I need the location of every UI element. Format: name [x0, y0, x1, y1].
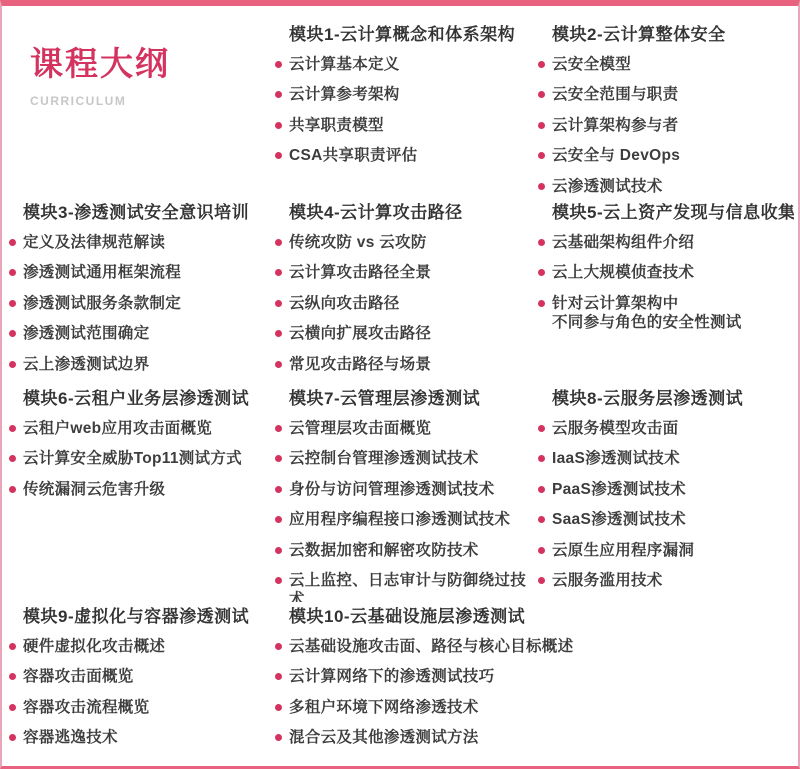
- bullet-icon: [9, 486, 16, 493]
- bullet-icon: [275, 91, 282, 98]
- module-item-text: 云服务模型攻击面: [552, 419, 678, 438]
- module-item-text: 应用程序编程接口渗透测试技术: [289, 510, 510, 529]
- bullet-icon: [275, 547, 282, 554]
- page-subtitle: CURRICULUM: [30, 94, 274, 108]
- bullet-icon: [275, 704, 282, 711]
- module-item: 云服务模型攻击面: [537, 419, 794, 438]
- bullet-icon: [9, 425, 16, 432]
- module-title: 模块10-云基础设施层渗透测试: [274, 602, 794, 627]
- module-item: 云管理层攻击面概览: [274, 419, 537, 438]
- module-item-text: 渗透测试通用框架流程: [23, 263, 181, 282]
- module-item-text: 云计算参考架构: [289, 85, 400, 104]
- bullet-icon: [275, 330, 282, 337]
- module-item: 云上大规模侦查技术: [537, 263, 794, 282]
- module-item: 云上监控、日志审计与防御绕过技术: [274, 571, 537, 602]
- module-item-text: 硬件虚拟化攻击概述: [23, 637, 165, 656]
- bullet-icon: [275, 361, 282, 368]
- module-item: 云安全模型: [537, 55, 794, 74]
- module-item: 云安全范围与职责: [537, 85, 794, 104]
- module-item: 云数据加密和解密攻防技术: [274, 541, 537, 560]
- module-title: 模块5-云上资产发现与信息收集: [537, 198, 794, 223]
- page-header: 课程大纲 CURRICULUM: [8, 20, 274, 198]
- bullet-icon: [538, 91, 545, 98]
- module-list: 云管理层攻击面概览云控制台管理渗透测试技术身份与访问管理渗透测试技术应用程序编程…: [274, 419, 537, 602]
- module-item: 云基础架构组件介绍: [537, 233, 794, 252]
- module-item-text: 云渗透测试技术: [552, 177, 663, 196]
- module-item: 多租户环境下网络渗透技术: [274, 698, 794, 717]
- module-item: CSA共享职责评估: [274, 146, 537, 165]
- module-item-text: 云数据加密和解密攻防技术: [289, 541, 479, 560]
- module-item-text: 渗透测试范围确定: [23, 324, 149, 343]
- module-item-text: 云计算攻击路径全景: [289, 263, 431, 282]
- module-item: 云计算架构参与者: [537, 116, 794, 135]
- module-item-text: 云安全模型: [552, 55, 631, 74]
- module-card: 模块3-渗透测试安全意识培训 定义及法律规范解读渗透测试通用框架流程渗透测试服务…: [8, 198, 274, 384]
- bullet-icon: [275, 734, 282, 741]
- module-item: 混合云及其他渗透测试方法: [274, 728, 794, 747]
- module-item-text: 云横向扩展攻击路径: [289, 324, 431, 343]
- bullet-icon: [9, 361, 16, 368]
- module-list: 定义及法律规范解读渗透测试通用框架流程渗透测试服务条款制定渗透测试范围确定云上渗…: [8, 233, 274, 374]
- module-item: 云基础设施攻击面、路径与核心目标概述: [274, 637, 794, 656]
- bullet-icon: [275, 269, 282, 276]
- module-item-text: 针对云计算架构中 不同参与角色的安全性测试: [552, 294, 742, 333]
- module-list: 云基础架构组件介绍云上大规模侦查技术针对云计算架构中 不同参与角色的安全性测试: [537, 233, 794, 333]
- module-item-text: 定义及法律规范解读: [23, 233, 165, 252]
- module-card: 模块6-云租户业务层渗透测试 云租户web应用攻击面概览云计算安全威胁Top11…: [8, 384, 274, 602]
- bullet-icon: [275, 577, 282, 584]
- module-item-text: 云控制台管理渗透测试技术: [289, 449, 479, 468]
- bullet-icon: [9, 300, 16, 307]
- module-item: SaaS渗透测试技术: [537, 510, 794, 529]
- module-item-text: 云服务滥用技术: [552, 571, 663, 590]
- module-item: 硬件虚拟化攻击概述: [8, 637, 274, 656]
- module-card: 模块8-云服务层渗透测试 云服务模型攻击面IaaS渗透测试技术PaaS渗透测试技…: [537, 384, 794, 602]
- bullet-icon: [275, 516, 282, 523]
- module-item: 容器攻击面概览: [8, 667, 274, 686]
- bullet-icon: [9, 673, 16, 680]
- module-item: 云服务滥用技术: [537, 571, 794, 590]
- module-title: 模块4-云计算攻击路径: [274, 198, 537, 223]
- module-item-text: 容器攻击面概览: [23, 667, 134, 686]
- module-item-text: CSA共享职责评估: [289, 146, 417, 165]
- module-card: 模块7-云管理层渗透测试 云管理层攻击面概览云控制台管理渗透测试技术身份与访问管…: [274, 384, 537, 602]
- bullet-icon: [538, 239, 545, 246]
- module-item: 云计算攻击路径全景: [274, 263, 537, 282]
- module-card: 模块2-云计算整体安全 云安全模型云安全范围与职责云计算架构参与者云安全与 De…: [537, 20, 794, 198]
- module-item-text: 云计算网络下的渗透测试技巧: [289, 667, 494, 686]
- module-item-text: 渗透测试服务条款制定: [23, 294, 181, 313]
- module-title: 模块7-云管理层渗透测试: [274, 384, 537, 409]
- module-title: 模块3-渗透测试安全意识培训: [8, 198, 274, 223]
- bullet-icon: [275, 61, 282, 68]
- bullet-icon: [275, 152, 282, 159]
- module-item-text: 云上渗透测试边界: [23, 355, 149, 374]
- curriculum-page: 课程大纲 CURRICULUM 模块1-云计算概念和体系架构 云计算基本定义云计…: [2, 6, 798, 766]
- module-list: 硬件虚拟化攻击概述容器攻击面概览容器攻击流程概览容器逃逸技术: [8, 637, 274, 748]
- module-title: 模块2-云计算整体安全: [537, 20, 794, 45]
- module-item-text: 传统漏洞云危害升级: [23, 480, 165, 499]
- module-item: 云原生应用程序漏洞: [537, 541, 794, 560]
- module-item: IaaS渗透测试技术: [537, 449, 794, 468]
- bullet-icon: [9, 455, 16, 462]
- module-item: 云计算基本定义: [274, 55, 537, 74]
- module-item: 渗透测试通用框架流程: [8, 263, 274, 282]
- module-card: 模块9-虚拟化与容器渗透测试 硬件虚拟化攻击概述容器攻击面概览容器攻击流程概览容…: [8, 602, 274, 766]
- bullet-icon: [275, 673, 282, 680]
- module-item-text: 身份与访问管理渗透测试技术: [289, 480, 494, 499]
- module-item-text: 云上监控、日志审计与防御绕过技术: [289, 571, 537, 602]
- bullet-icon: [275, 300, 282, 307]
- module-list: 云基础设施攻击面、路径与核心目标概述云计算网络下的渗透测试技巧多租户环境下网络渗…: [274, 637, 794, 748]
- module-item-text: 云安全范围与职责: [552, 85, 678, 104]
- bullet-icon: [9, 269, 16, 276]
- module-card: 模块10-云基础设施层渗透测试 云基础设施攻击面、路径与核心目标概述云计算网络下…: [274, 602, 794, 766]
- bullet-icon: [9, 704, 16, 711]
- module-item: PaaS渗透测试技术: [537, 480, 794, 499]
- module-item: 传统漏洞云危害升级: [8, 480, 274, 499]
- bullet-icon: [538, 425, 545, 432]
- bullet-icon: [275, 122, 282, 129]
- module-item: 云纵向攻击路径: [274, 294, 537, 313]
- bullet-icon: [538, 577, 545, 584]
- bullet-icon: [275, 643, 282, 650]
- module-item-text: IaaS渗透测试技术: [552, 449, 680, 468]
- module-list: 云计算基本定义云计算参考架构共享职责模型CSA共享职责评估: [274, 55, 537, 166]
- bullet-icon: [538, 183, 545, 190]
- module-card: 模块1-云计算概念和体系架构 云计算基本定义云计算参考架构共享职责模型CSA共享…: [274, 20, 537, 198]
- module-item-text: 云计算安全威胁Top11测试方式: [23, 449, 242, 468]
- module-item: 云横向扩展攻击路径: [274, 324, 537, 343]
- bullet-icon: [275, 455, 282, 462]
- module-item-text: 传统攻防 vs 云攻防: [289, 233, 427, 252]
- module-item: 容器攻击流程概览: [8, 698, 274, 717]
- module-title: 模块1-云计算概念和体系架构: [274, 20, 537, 45]
- bullet-icon: [538, 122, 545, 129]
- module-item-text: 云租户web应用攻击面概览: [23, 419, 212, 438]
- module-item: 共享职责模型: [274, 116, 537, 135]
- bullet-icon: [9, 734, 16, 741]
- module-item-text: 云管理层攻击面概览: [289, 419, 431, 438]
- module-item: 渗透测试服务条款制定: [8, 294, 274, 313]
- module-item-text: 多租户环境下网络渗透技术: [289, 698, 479, 717]
- module-item: 云上渗透测试边界: [8, 355, 274, 374]
- module-card: 模块4-云计算攻击路径 传统攻防 vs 云攻防云计算攻击路径全景云纵向攻击路径云…: [274, 198, 537, 384]
- module-list: 云安全模型云安全范围与职责云计算架构参与者云安全与 DevOps云渗透测试技术: [537, 55, 794, 196]
- module-item-text: PaaS渗透测试技术: [552, 480, 686, 499]
- module-item-text: 云原生应用程序漏洞: [552, 541, 694, 560]
- bullet-icon: [538, 455, 545, 462]
- module-list: 传统攻防 vs 云攻防云计算攻击路径全景云纵向攻击路径云横向扩展攻击路径常见攻击…: [274, 233, 537, 374]
- module-item-text: 混合云及其他渗透测试方法: [289, 728, 479, 747]
- module-item: 应用程序编程接口渗透测试技术: [274, 510, 537, 529]
- module-item-text: SaaS渗透测试技术: [552, 510, 686, 529]
- bullet-icon: [275, 239, 282, 246]
- bullet-icon: [538, 486, 545, 493]
- bullet-icon: [9, 239, 16, 246]
- bullet-icon: [538, 152, 545, 159]
- module-list: 云服务模型攻击面IaaS渗透测试技术PaaS渗透测试技术SaaS渗透测试技术云原…: [537, 419, 794, 590]
- module-item: 定义及法律规范解读: [8, 233, 274, 252]
- module-item: 针对云计算架构中 不同参与角色的安全性测试: [537, 294, 794, 333]
- module-item-text: 容器逃逸技术: [23, 728, 118, 747]
- module-item: 容器逃逸技术: [8, 728, 274, 747]
- bullet-icon: [538, 300, 545, 307]
- module-title: 模块8-云服务层渗透测试: [537, 384, 794, 409]
- module-item-text: 云基础设施攻击面、路径与核心目标概述: [289, 637, 573, 656]
- module-item-text: 云计算基本定义: [289, 55, 400, 74]
- bullet-icon: [275, 425, 282, 432]
- module-item-text: 云安全与 DevOps: [552, 146, 680, 165]
- bullet-icon: [538, 547, 545, 554]
- module-item: 云控制台管理渗透测试技术: [274, 449, 537, 468]
- module-item-text: 云基础架构组件介绍: [552, 233, 694, 252]
- module-item: 身份与访问管理渗透测试技术: [274, 480, 537, 499]
- module-item-text: 云计算架构参与者: [552, 116, 678, 135]
- module-item: 渗透测试范围确定: [8, 324, 274, 343]
- page-title: 课程大纲: [30, 46, 274, 82]
- module-item: 云计算参考架构: [274, 85, 537, 104]
- module-title: 模块9-虚拟化与容器渗透测试: [8, 602, 274, 627]
- bullet-icon: [538, 516, 545, 523]
- module-list: 云租户web应用攻击面概览云计算安全威胁Top11测试方式传统漏洞云危害升级: [8, 419, 274, 499]
- module-item-text: 容器攻击流程概览: [23, 698, 149, 717]
- bullet-icon: [275, 486, 282, 493]
- module-item: 云渗透测试技术: [537, 177, 794, 196]
- module-title: 模块6-云租户业务层渗透测试: [8, 384, 274, 409]
- module-item-text: 共享职责模型: [289, 116, 384, 135]
- module-card: 模块5-云上资产发现与信息收集 云基础架构组件介绍云上大规模侦查技术针对云计算架…: [537, 198, 794, 384]
- module-item: 云计算网络下的渗透测试技巧: [274, 667, 794, 686]
- module-item-text: 云纵向攻击路径: [289, 294, 400, 313]
- module-item: 云租户web应用攻击面概览: [8, 419, 274, 438]
- bullet-icon: [9, 330, 16, 337]
- module-item: 传统攻防 vs 云攻防: [274, 233, 537, 252]
- bullet-icon: [538, 61, 545, 68]
- module-item: 云安全与 DevOps: [537, 146, 794, 165]
- module-item: 云计算安全威胁Top11测试方式: [8, 449, 274, 468]
- module-item: 常见攻击路径与场景: [274, 355, 537, 374]
- bullet-icon: [538, 269, 545, 276]
- bullet-icon: [9, 643, 16, 650]
- module-item-text: 常见攻击路径与场景: [289, 355, 431, 374]
- module-item-text: 云上大规模侦查技术: [552, 263, 694, 282]
